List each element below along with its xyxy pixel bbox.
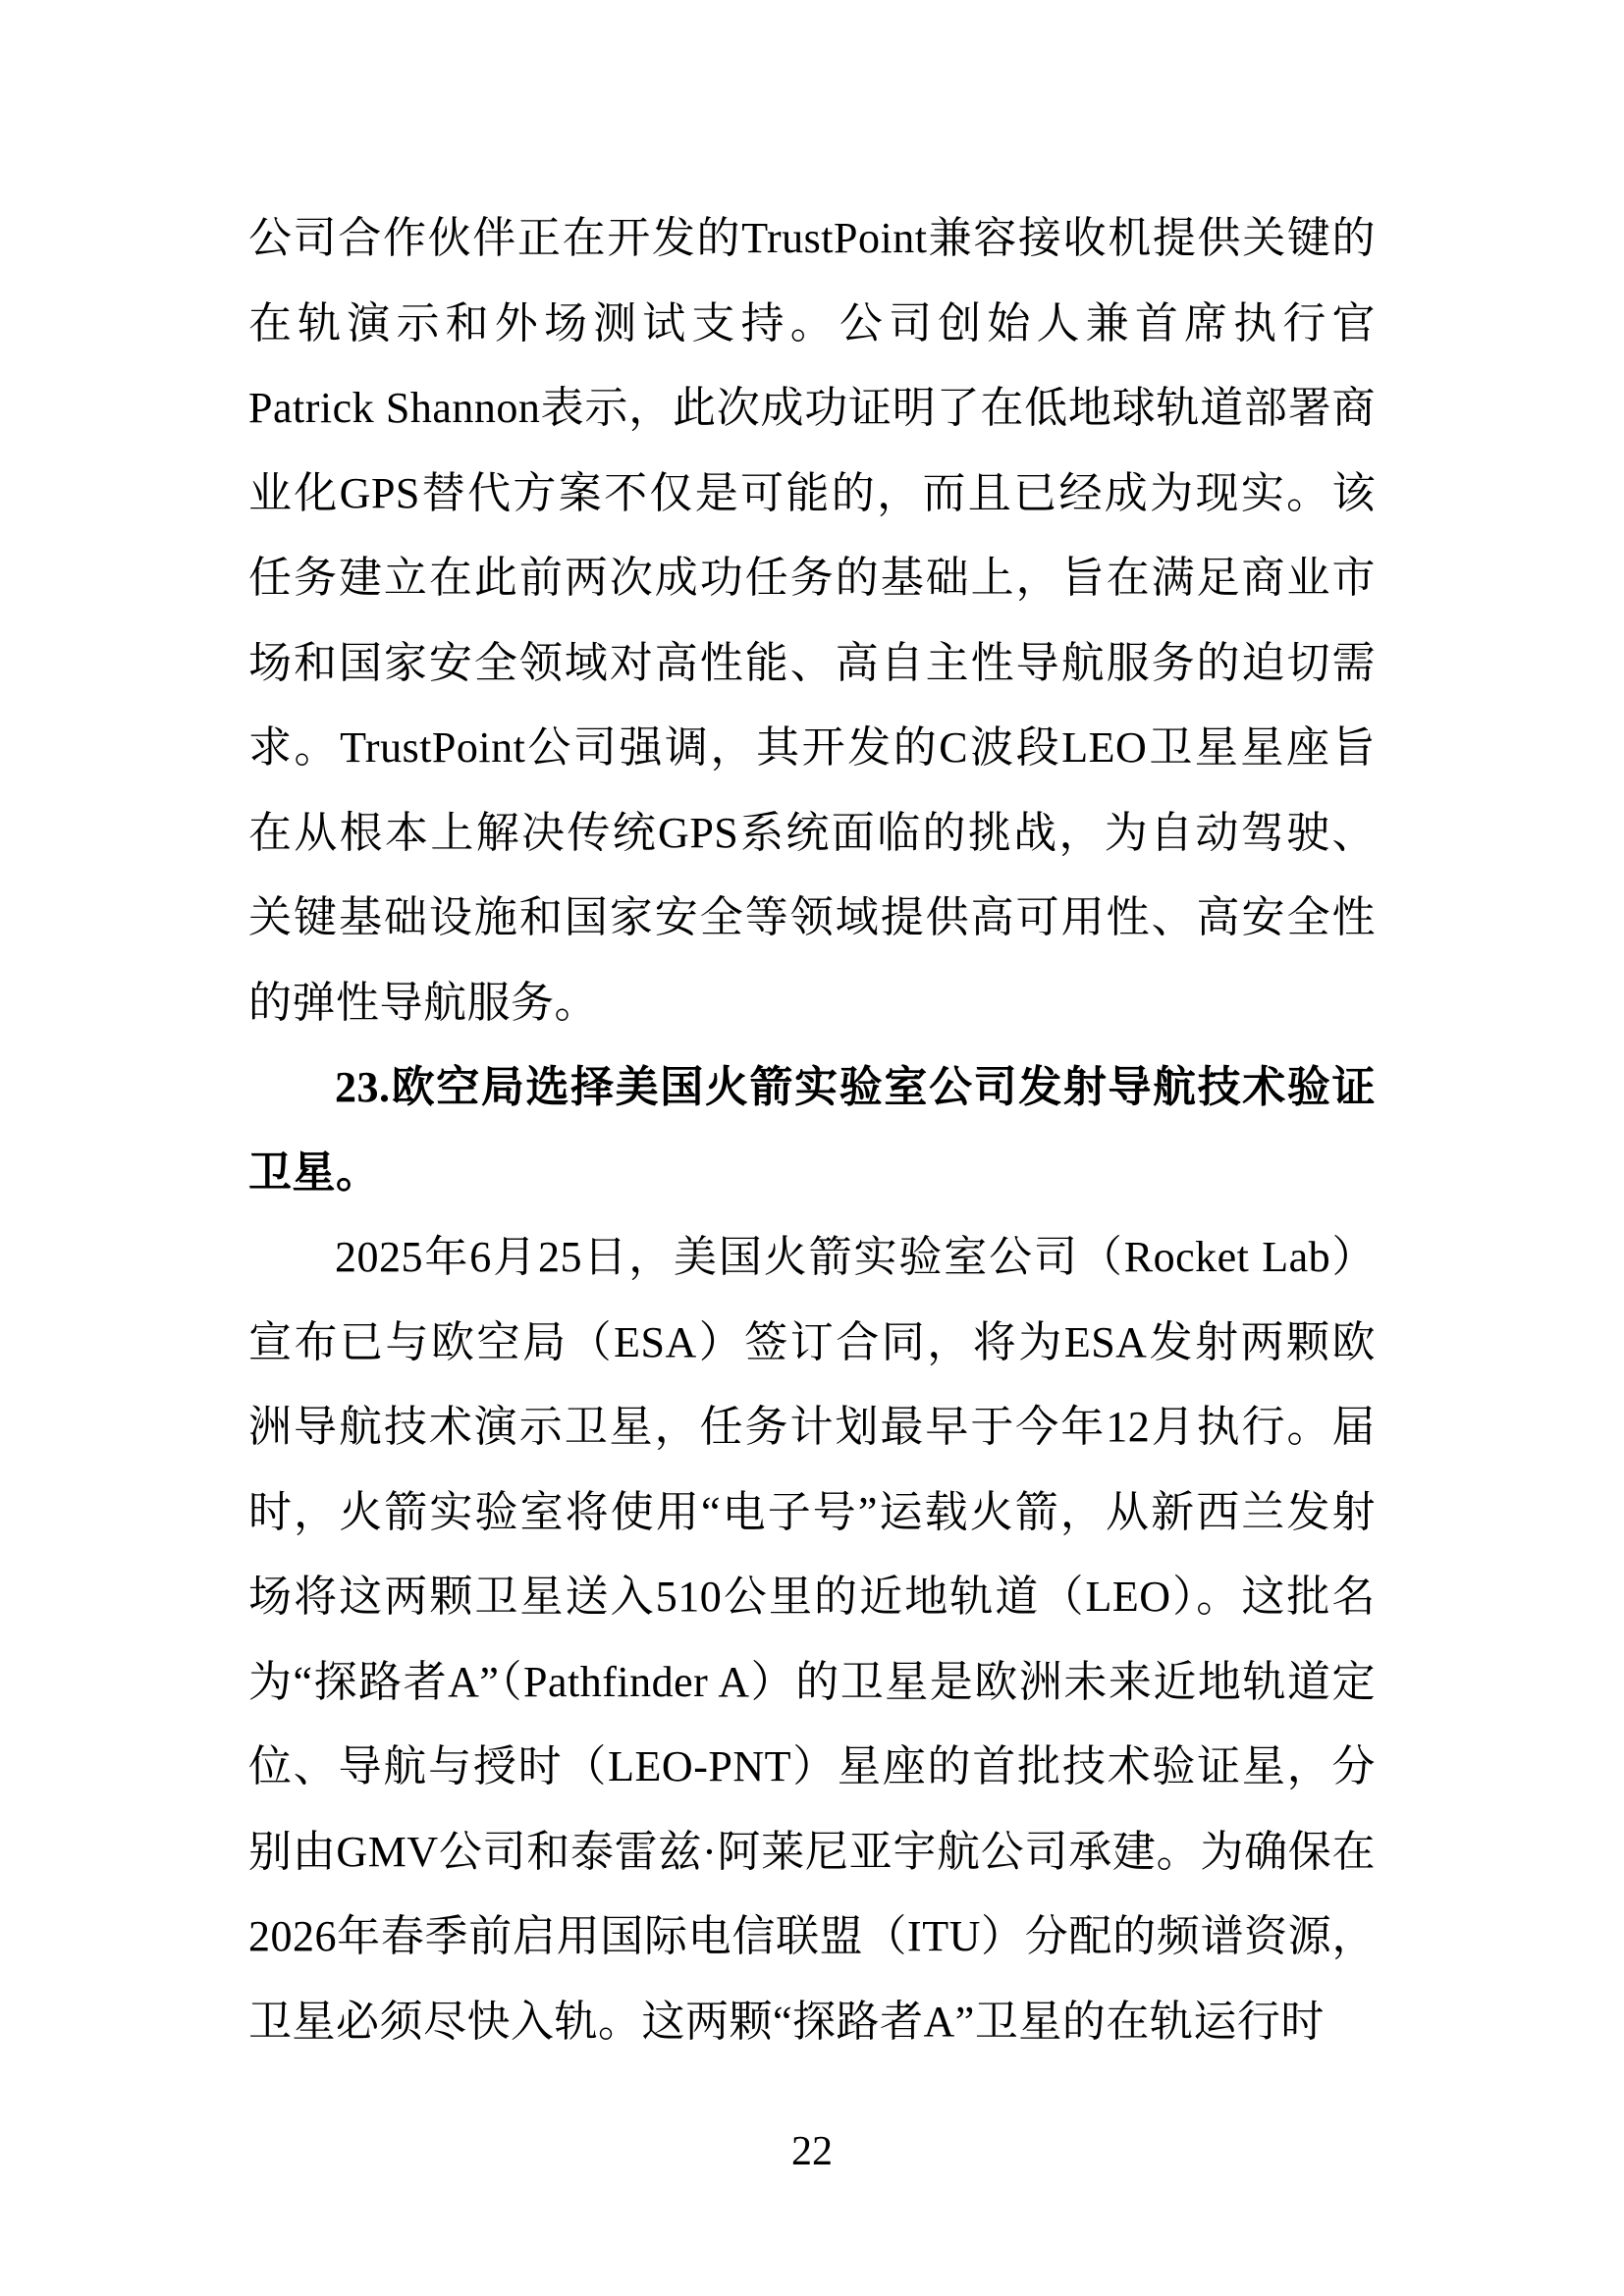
section-23-heading: 23.欧空局选择美国火箭实验室公司发射导航技术验证卫星。 xyxy=(248,1045,1376,1215)
paragraph-trustpoint-continuation: 公司合作伙伴正在开发的TrustPoint兼容接收机提供关键的在轨演示和外场测试… xyxy=(248,196,1376,1045)
page-number: 22 xyxy=(0,2128,1624,2175)
paragraph-rocketlab-esa: 2025年6月25日，美国火箭实验室公司（Rocket Lab）宣布已与欧空局（… xyxy=(248,1215,1376,2064)
page-content: 公司合作伙伴正在开发的TrustPoint兼容接收机提供关键的在轨演示和外场测试… xyxy=(248,196,1376,2064)
